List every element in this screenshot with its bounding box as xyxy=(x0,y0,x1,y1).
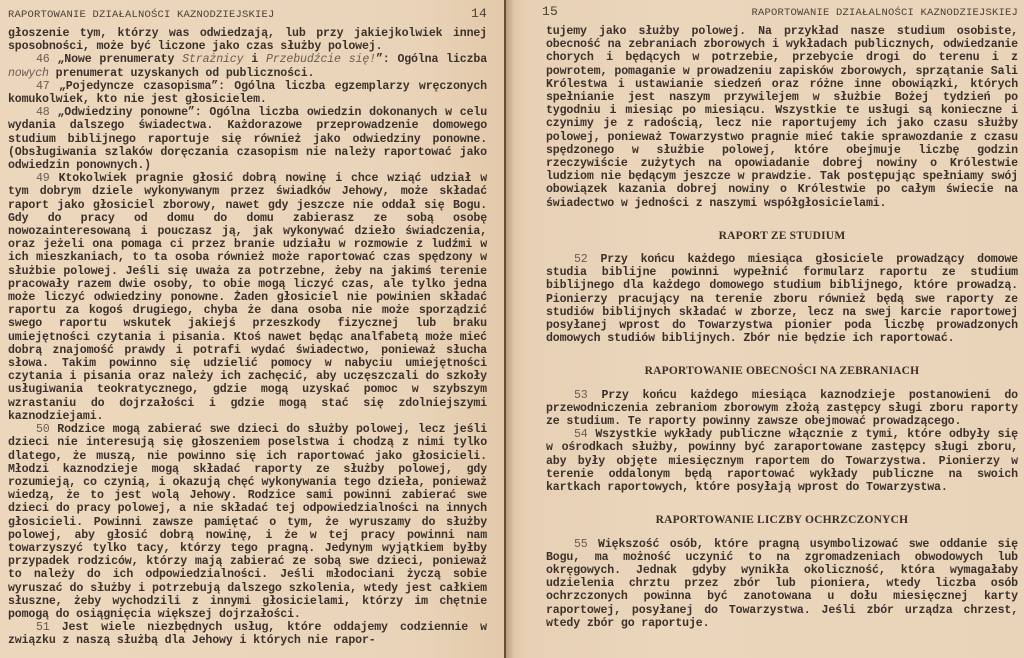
section-heading-study-report: RAPORT ZE STUDIUM xyxy=(546,230,1018,243)
paragraph-number: 52 xyxy=(574,253,588,266)
left-running-head: RAPORTOWANIE DZIAŁALNOŚCI KAZNODZIEJSKIE… xyxy=(8,6,487,24)
paragraph-number: 50 xyxy=(36,423,50,436)
right-page-number: 15 xyxy=(542,4,558,19)
paragraph-number: 47 xyxy=(36,80,50,93)
paragraph-48: 48 „Odwiedziny ponowne”: Ogólna liczba o… xyxy=(8,106,487,172)
book-spread: RAPORTOWANIE DZIAŁALNOŚCI KAZNODZIEJSKIE… xyxy=(0,0,1024,658)
right-running-head: 15 RAPORTOWANIE DZIAŁALNOŚCI KAZNODZIEJS… xyxy=(542,4,1018,22)
gutter-shadow xyxy=(506,0,514,658)
paragraph-53: 53 Przy końcu każdego miesiąca kaznodzie… xyxy=(546,389,1018,429)
paragraph-number: 49 xyxy=(36,172,50,185)
right-running-head-title: RAPORTOWANIE DZIAŁALNOŚCI KAZNODZIEJSKIE… xyxy=(751,7,1018,19)
paragraph-number: 53 xyxy=(574,389,588,402)
paragraph-47: 47 „Pojedyncze czasopisma”: Ogólna liczb… xyxy=(8,80,487,106)
paragraph-number: 48 xyxy=(36,106,50,119)
paragraph-number: 54 xyxy=(574,428,588,441)
right-page: 15 RAPORTOWANIE DZIAŁALNOŚCI KAZNODZIEJS… xyxy=(505,0,1024,658)
continuation-paragraph: tujemy jako służby polowej. Na przykład … xyxy=(546,25,1018,210)
magazine-title-awake: Przebudźcie się! xyxy=(266,53,376,66)
paragraph-55: 55 Większość osób, które pragną usymboli… xyxy=(546,538,1018,630)
left-page: RAPORTOWANIE DZIAŁALNOŚCI KAZNODZIEJSKIE… xyxy=(0,0,505,658)
paragraph-number: 55 xyxy=(574,538,588,551)
left-page-number: 14 xyxy=(471,6,487,21)
left-page-body: głoszenie tym, którzy was odwiedzają, lu… xyxy=(8,27,487,648)
magazine-title-watchtower: Strażnicy xyxy=(182,53,243,66)
paragraph-52: 52 Przy końcu każdego miesiąca głosiciel… xyxy=(546,253,1018,345)
continuation-paragraph: głoszenie tym, którzy was odwiedzają, lu… xyxy=(8,27,487,53)
section-heading-baptized-count: RAPORTOWANIE LICZBY OCHRZCZONYCH xyxy=(546,514,1018,527)
paragraph-51: 51 Jest wiele niezbędnych usług, które o… xyxy=(8,621,487,647)
left-running-head-title: RAPORTOWANIE DZIAŁALNOŚCI KAZNODZIEJSKIE… xyxy=(8,9,275,21)
paragraph-number: 46 xyxy=(36,53,50,66)
paragraph-50: 50 Rodzice mogą zabierać swe dzieci do s… xyxy=(8,423,487,621)
right-page-body: tujemy jako służby polowej. Na przykład … xyxy=(546,25,1018,630)
paragraph-49: 49 Ktokolwiek pragnie głosić dobrą nowin… xyxy=(8,172,487,423)
paragraph-number: 51 xyxy=(36,621,50,634)
paragraph-46: 46 „Nowe prenumeraty Strażnicy i Przebud… xyxy=(8,53,487,79)
book-gutter xyxy=(504,0,506,658)
paragraph-54: 54 Wszystkie wykłady publiczne włącznie … xyxy=(546,428,1018,494)
section-heading-meeting-attendance: RAPORTOWANIE OBECNOŚCI NA ZEBRANIACH xyxy=(546,365,1018,378)
